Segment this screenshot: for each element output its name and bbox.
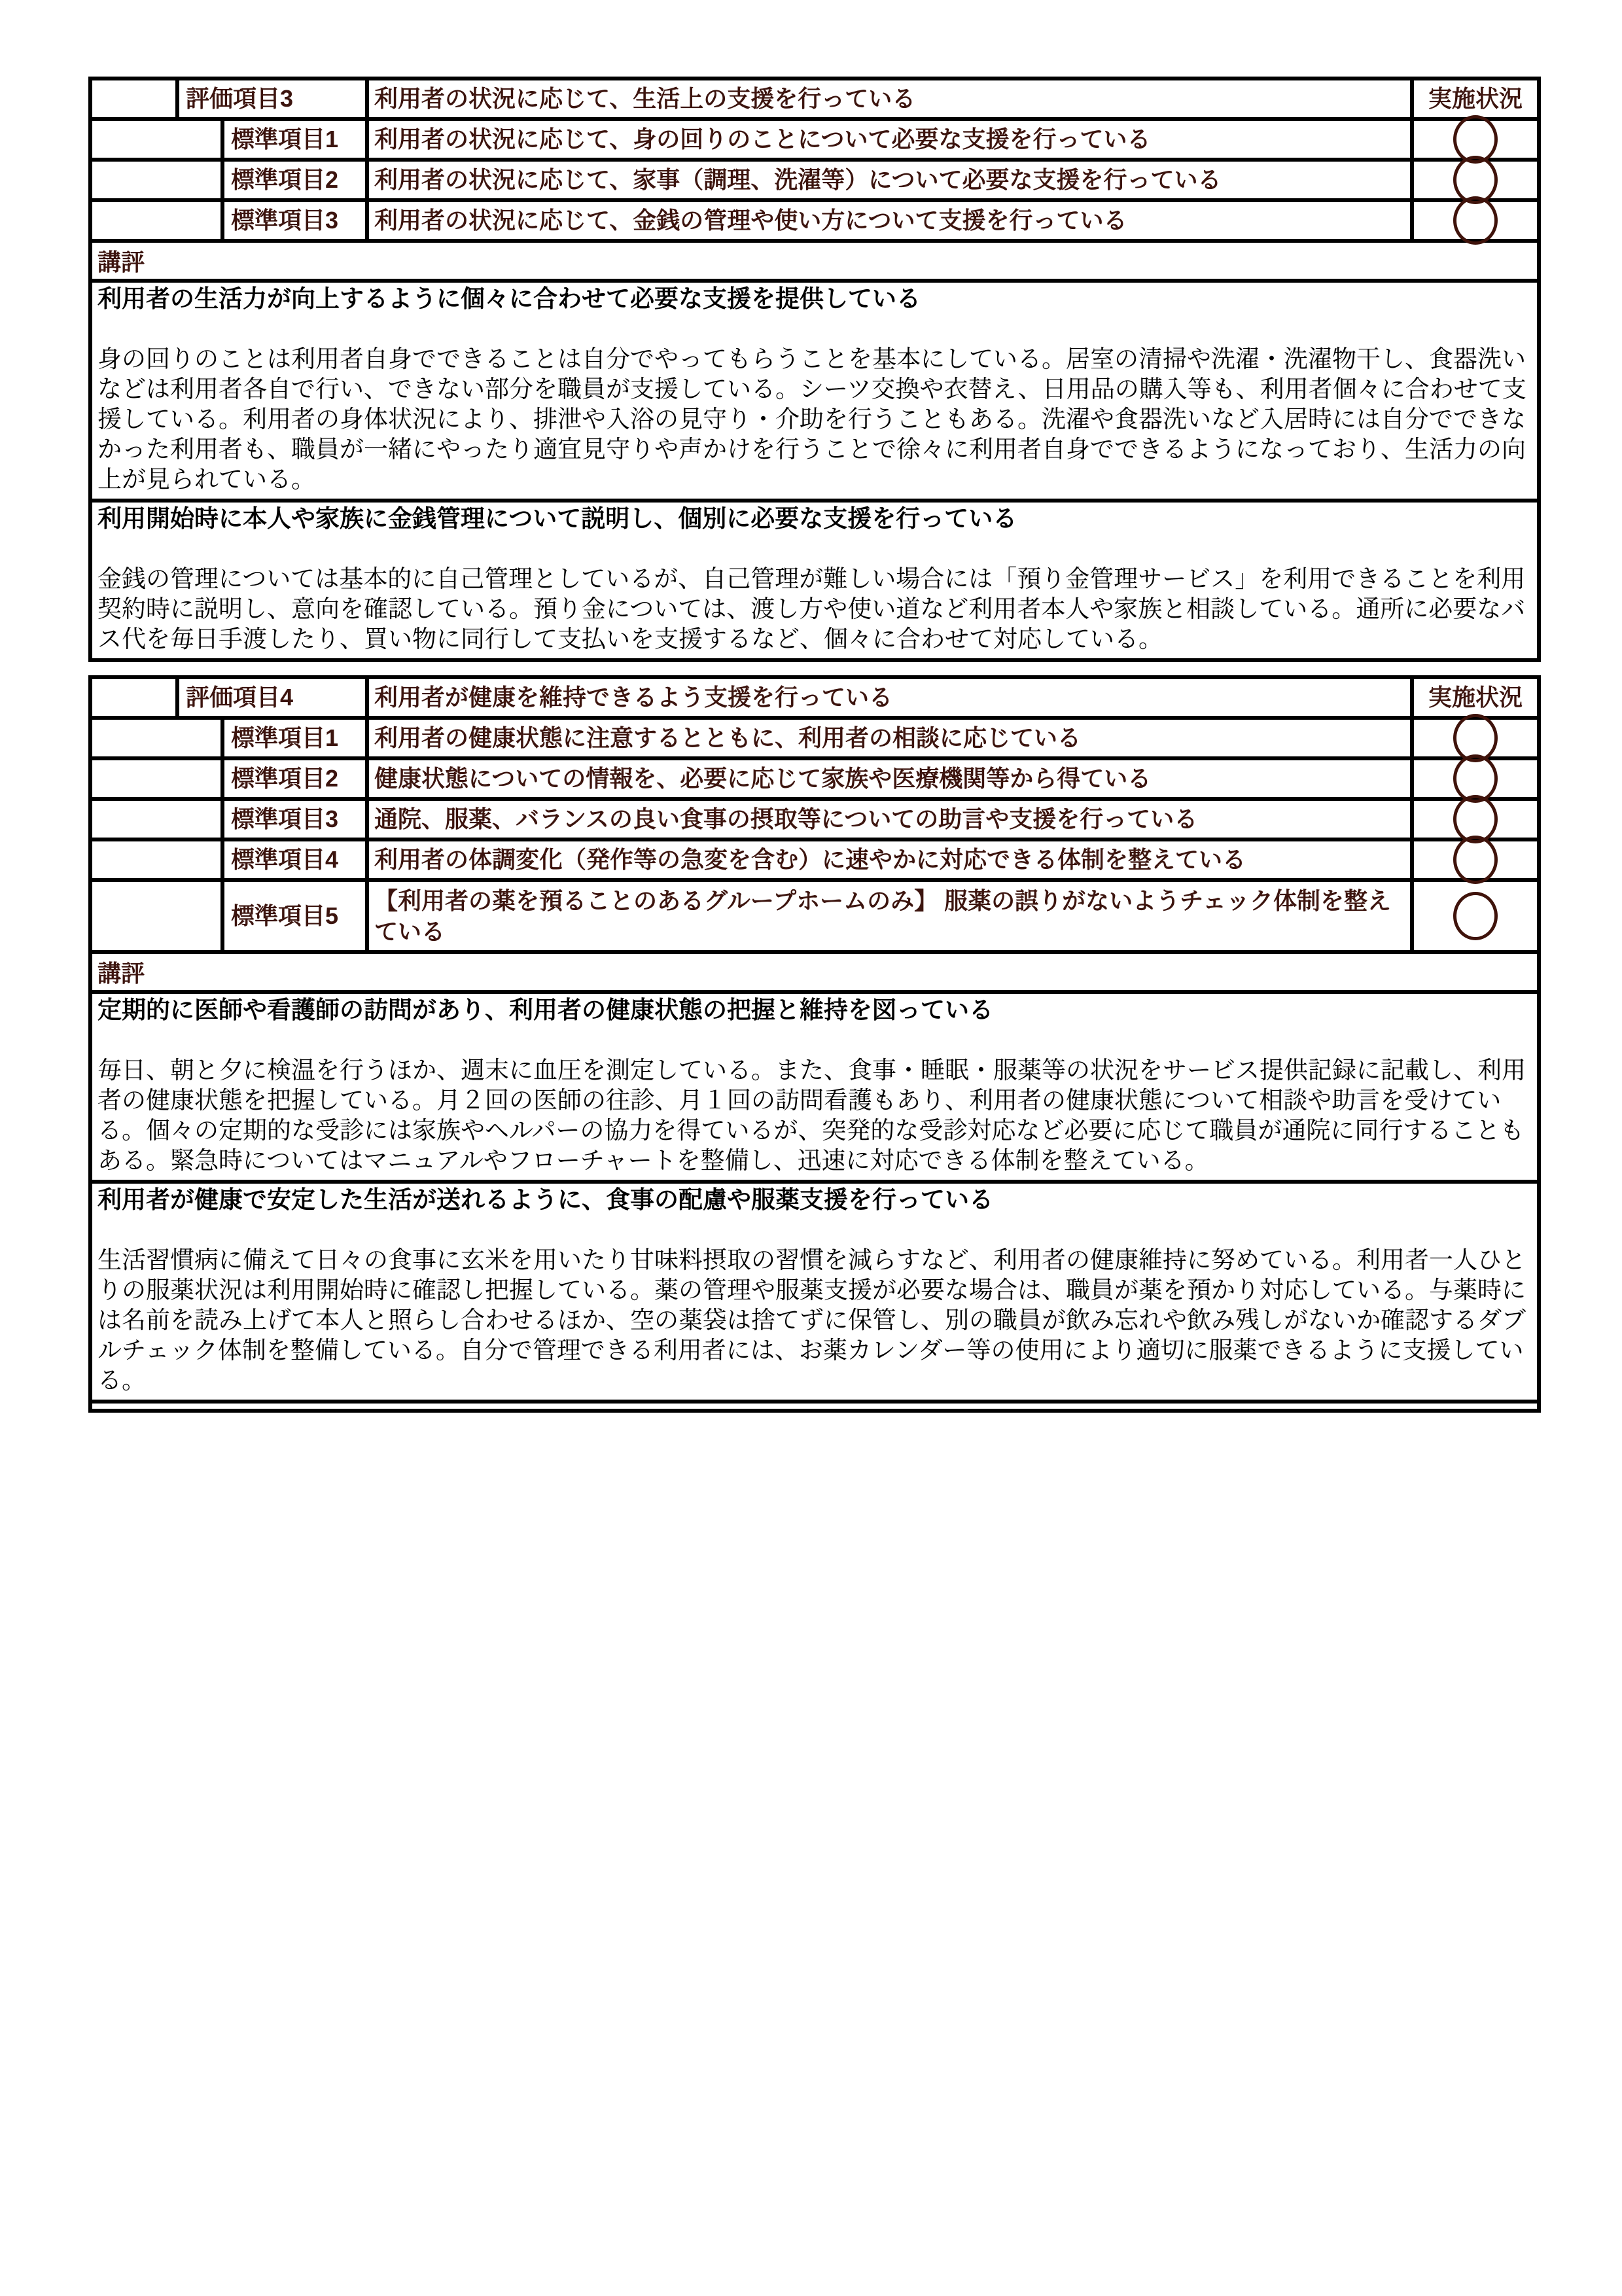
indent-cell	[92, 720, 224, 756]
evaluation-sheet: 評価項目3 利用者の状況に応じて、生活上の支援を行っている 実施状況 標準項目1…	[88, 77, 1541, 1413]
review-heading: 利用者の生活力が向上するように個々に合わせて必要な支援を提供している	[97, 284, 1532, 314]
review-heading: 定期的に医師や看護師の訪問があり、利用者の健康状態の把握と維持を図っている	[97, 995, 1532, 1025]
eval-no-label: 評価項目4	[179, 679, 369, 716]
eval-desc-label: 利用者の状況に応じて、生活上の支援を行っている	[369, 80, 1414, 117]
status-column-header: 実施状況	[1414, 80, 1537, 117]
table-row: 標準項目3 通院、服薬、バランスの良い食事の摂取等についての助言や支援を行ってい…	[92, 797, 1537, 838]
item-no-label: 標準項目5	[224, 882, 369, 950]
review-body: 身の回りのことは利用者自身でできることは自分でやってもらうことを基本にしている。…	[97, 344, 1532, 495]
item-no-label: 標準項目3	[224, 202, 369, 239]
status-circle-icon	[1453, 836, 1498, 884]
item-no-label: 標準項目2	[224, 760, 369, 797]
table-row: 標準項目3 利用者の状況に応じて、金銭の管理や使い方について支援を行っている	[92, 198, 1537, 239]
indent-cell	[92, 80, 179, 117]
indent-cell	[92, 882, 224, 950]
item-no-label: 標準項目1	[224, 121, 369, 158]
indent-cell	[92, 801, 224, 838]
indent-cell	[92, 162, 224, 198]
review-heading: 利用開始時に本人や家族に金銭管理について説明し、個別に必要な支援を行っている	[97, 504, 1532, 534]
eval-table-3: 評価項目3 利用者の状況に応じて、生活上の支援を行っている 実施状況 標準項目1…	[88, 77, 1541, 243]
item-desc-label: 【利用者の薬を預ることのあるグループホームのみ】 服薬の誤りがないようチェック体…	[369, 882, 1414, 950]
status-circle-icon	[1453, 892, 1498, 940]
status-cell	[1414, 760, 1537, 797]
item-no-label: 標準項目2	[224, 162, 369, 198]
review-body: 金銭の管理については基本的に自己管理としているが、自己管理が難しい場合には「預り…	[97, 564, 1532, 654]
review-section-header: 講評	[88, 239, 1541, 283]
eval-desc-label: 利用者が健康を維持できるよう支援を行っている	[369, 679, 1414, 716]
status-cell	[1414, 841, 1537, 878]
review-section-header: 講評	[88, 950, 1541, 994]
item-desc-label: 利用者の状況に応じて、金銭の管理や使い方について支援を行っている	[369, 202, 1414, 239]
status-cell	[1414, 882, 1537, 950]
table-row: 標準項目2 健康状態についての情報を、必要に応じて家族や医療機関等から得ている	[92, 756, 1537, 797]
item-desc-label: 利用者の状況に応じて、家事（調理、洗濯等）について必要な支援を行っている	[369, 162, 1414, 198]
indent-cell	[92, 760, 224, 797]
eval-no-label: 評価項目3	[179, 80, 369, 117]
item-desc-label: 利用者の健康状態に注意するとともに、利用者の相談に応じている	[369, 720, 1414, 756]
table-row: 標準項目5 【利用者の薬を預ることのあるグループホームのみ】 服薬の誤りがないよ…	[92, 878, 1537, 950]
table-row: 標準項目2 利用者の状況に応じて、家事（調理、洗濯等）について必要な支援を行って…	[92, 158, 1537, 198]
table-row: 標準項目4 利用者の体調変化（発作等の急変を含む）に速やかに対応できる体制を整え…	[92, 838, 1537, 878]
eval-header-row: 評価項目3 利用者の状況に応じて、生活上の支援を行っている 実施状況	[92, 80, 1537, 117]
table-row: 標準項目1 利用者の状況に応じて、身の回りのことについて必要な支援を行っている	[92, 117, 1537, 158]
review-comment-box: 利用者が健康で安定した生活が送れるように、食事の配慮や服薬支援を行っている 生活…	[88, 1180, 1541, 1404]
item-desc-label: 健康状態についての情報を、必要に応じて家族や医療機関等から得ている	[369, 760, 1414, 797]
indent-cell	[92, 202, 224, 239]
item-desc-label: 利用者の状況に応じて、身の回りのことについて必要な支援を行っている	[369, 121, 1414, 158]
review-body: 毎日、朝と夕に検温を行うほか、週末に血圧を測定している。また、食事・睡眠・服薬等…	[97, 1055, 1532, 1176]
empty-divider-box	[88, 1400, 1541, 1413]
item-no-label: 標準項目3	[224, 801, 369, 838]
review-heading: 利用者が健康で安定した生活が送れるように、食事の配慮や服薬支援を行っている	[97, 1185, 1532, 1215]
indent-cell	[92, 841, 224, 878]
item-desc-label: 利用者の体調変化（発作等の急変を含む）に速やかに対応できる体制を整えている	[369, 841, 1414, 878]
status-circle-icon	[1453, 196, 1498, 245]
table-row: 標準項目1 利用者の健康状態に注意するとともに、利用者の相談に応じている	[92, 716, 1537, 756]
item-no-label: 標準項目1	[224, 720, 369, 756]
eval-header-row: 評価項目4 利用者が健康を維持できるよう支援を行っている 実施状況	[92, 679, 1537, 716]
review-comment-box: 利用開始時に本人や家族に金銭管理について説明し、個別に必要な支援を行っている 金…	[88, 499, 1541, 662]
review-comment-box: 定期的に医師や看護師の訪問があり、利用者の健康状態の把握と維持を図っている 毎日…	[88, 990, 1541, 1184]
status-cell	[1414, 202, 1537, 239]
status-cell	[1414, 162, 1537, 198]
indent-cell	[92, 121, 224, 158]
indent-cell	[92, 679, 179, 716]
review-body: 生活習慣病に備えて日々の食事に玄米を用いたり甘味料摂取の習慣を減らすなど、利用者…	[97, 1245, 1532, 1396]
status-cell	[1414, 801, 1537, 838]
status-cell	[1414, 121, 1537, 158]
item-desc-label: 通院、服薬、バランスの良い食事の摂取等についての助言や支援を行っている	[369, 801, 1414, 838]
eval-table-4: 評価項目4 利用者が健康を維持できるよう支援を行っている 実施状況 標準項目1 …	[88, 675, 1541, 954]
item-no-label: 標準項目4	[224, 841, 369, 878]
review-comment-box: 利用者の生活力が向上するように個々に合わせて必要な支援を提供している 身の回りの…	[88, 279, 1541, 503]
status-cell	[1414, 720, 1537, 756]
document-page: { "colors": { "accent_text": "#3C140E", …	[0, 0, 1622, 2296]
status-column-header: 実施状況	[1414, 679, 1537, 716]
